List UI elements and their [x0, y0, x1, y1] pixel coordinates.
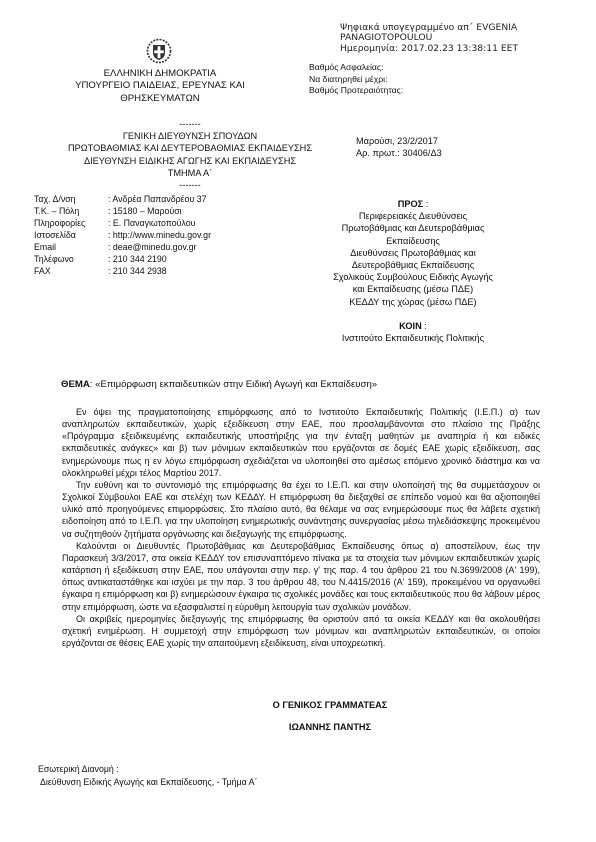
contact-value: : Ε. Παναγιωτοπούλου: [108, 217, 211, 229]
department-header: ------- ΓΕΝΙΚΗ ΔΙΕΥΘΥΝΣΗ ΣΠΟΥΔΩΝ ΠΡΩΤΟΒΑ…: [40, 118, 340, 191]
distribution-item: Διεύθυνση Ειδικής Αγωγής και Εκπαίδευσης…: [40, 776, 257, 789]
ministry-name-line2: ΘΡΗΣΚΕΥΜΑΤΩΝ: [60, 93, 260, 105]
contact-row: Τηλέφωνο: 210 344 2190: [34, 253, 211, 265]
place-date: Μαρούσι, 23/2/2017: [356, 135, 442, 147]
separator: -------: [40, 118, 340, 130]
greek-coat-of-arms-icon: [146, 38, 172, 64]
to-label: ΠΡΟΣ: [398, 199, 423, 209]
contact-row: Email: deae@minedu.gov.gr: [34, 241, 211, 253]
recipient-item: Περιφερειακές Διευθύνσεις: [293, 210, 533, 222]
recipient-item: Εκπαίδευσης: [293, 235, 533, 247]
internal-distribution: Εσωτερική Διανομή : Διεύθυνση Ειδικής Αγ…: [38, 763, 257, 789]
contact-label: Email: [34, 241, 108, 253]
contact-row: Πληροφορίες : Ε. Παναγιωτοπούλου: [34, 217, 211, 229]
cc-list: Ινστιτούτο Εκπαιδευτικής Πολιτικής: [293, 332, 533, 344]
priority-label: Βαθμός Προτεραιότητας:: [309, 85, 403, 97]
contact-value: : 15180 – Μαρούσι: [108, 205, 211, 217]
cc-colon: :: [422, 321, 427, 331]
body-paragraph: Οι ακριβείς ημερομηνίες διεξαγωγής της ε…: [62, 613, 540, 649]
contact-value[interactable]: : http://www.minedu.gov.gr: [108, 229, 211, 241]
ministry-header: ΕΛΛΗΝΙΚΗ ΔΗΜΟΚΡΑΤΙΑ ΥΠΟΥΡΓΕΙΟ ΠΑΙΔΕΙΑΣ, …: [60, 68, 260, 105]
recipient-item: ΚΕΔΔΥ της χώρας (μέσω ΠΔΕ): [293, 296, 533, 308]
directorate: ΔΙΕΥΘΥΝΣΗ ΕΙΔΙΚΗΣ ΑΓΩΓΗΣ ΚΑΙ ΕΚΠΑΙΔΕΥΣΗΣ: [40, 155, 340, 167]
date-protocol-block: Μαρούσι, 23/2/2017 Αρ. πρωτ.: 30406/Δ3: [356, 135, 442, 159]
ministry-name-line1: ΥΠΟΥΡΓΕΙΟ ΠΑΙΔΕΙΑΣ, ΕΡΕΥΝΑΣ ΚΑΙ: [60, 80, 260, 92]
contact-table: Ταχ. Δ/νση: Ανδρέα Παπανδρέου 37Τ.Κ. – Π…: [34, 193, 211, 277]
contact-label: Ιστοσελίδα: [34, 229, 108, 241]
general-directorate: ΓΕΝΙΚΗ ΔΙΕΥΘΥΝΣΗ ΣΠΟΥΔΩΝ: [40, 130, 340, 142]
contact-row: FAX: 210 344 2938: [34, 265, 211, 277]
contact-label: Πληροφορίες: [34, 217, 108, 229]
recipient-item: και Εκπαίδευσης (μέσω ΠΔΕ): [293, 283, 533, 295]
body-paragraph: Εν όψει της πραγματοποίησης επιμόρφωσης …: [62, 406, 540, 479]
contact-label: Ταχ. Δ/νση: [34, 193, 108, 205]
subject-line: ΘΕΜΑ: «Επιμόρφωση εκπαιδευτικών στην Ειδ…: [61, 379, 377, 390]
contact-value: : 210 344 2938: [108, 265, 211, 277]
classification-block: Βαθμός Ασφαλείας: Να διατηρηθεί μέχρι: Β…: [309, 62, 403, 97]
signature-block: Ο ΓΕΝΙΚΟΣ ΓΡΑΜΜΑΤΕΑΣ ΙΩΑΝΝΗΣ ΠΑΝΤΗΣ: [200, 700, 460, 732]
letter-body: Εν όψει της πραγματοποίησης επιμόρφωσης …: [62, 406, 540, 649]
subject-text: : «Επιμόρφωση εκπαιδευτικών στην Ειδική …: [90, 379, 377, 390]
to-colon: :: [423, 199, 428, 209]
protocol-number: Αρ. πρωτ.: 30406/Δ3: [356, 147, 442, 159]
signer-title: Ο ΓΕΝΙΚΟΣ ΓΡΑΜΜΑΤΕΑΣ: [200, 700, 460, 710]
recipient-item: Δευτεροβάθμιας Εκπαίδευσης: [293, 259, 533, 271]
security-level-label: Βαθμός Ασφαλείας:: [309, 62, 403, 74]
contact-row: Ταχ. Δ/νση: Ανδρέα Παπανδρέου 37: [34, 193, 211, 205]
country-name: ΕΛΛΗΝΙΚΗ ΔΗΜΟΚΡΑΤΙΑ: [60, 68, 260, 80]
body-paragraph: Καλούνται οι Διευθυντές Πρωτοβάθμιας και…: [62, 540, 540, 613]
department: ΤΜΗΜΑ Α΄: [40, 167, 340, 179]
contact-value: : 210 344 2190: [108, 253, 211, 265]
recipient-item: Διευθύνσεις Πρωτοβάθμιας και: [293, 247, 533, 259]
separator: -------: [40, 179, 340, 191]
contact-label: Τηλέφωνο: [34, 253, 108, 265]
signer-name: ΙΩΑΝΝΗΣ ΠΑΝΤΗΣ: [200, 722, 460, 732]
contact-label: Τ.Κ. – Πόλη: [34, 205, 108, 217]
body-paragraph: Την ευθύνη και το συντονισμό της επιμόρφ…: [62, 479, 540, 540]
recipient-item: Πρωτοβάθμιας και Δευτεροβάθμιας: [293, 222, 533, 234]
signature-date: Ημερομηνία: 2017.02.23 13:38:11 EET: [340, 44, 590, 54]
retain-until-label: Να διατηρηθεί μέχρι:: [309, 74, 403, 86]
distribution-label: Εσωτερική Διανομή :: [38, 763, 257, 776]
general-directorate-line2: ΠΡΩΤΟΒΑΘΜΙΑΣ ΚΑΙ ΔΕΥΤΕΡΟΒΑΘΜΙΑΣ ΕΚΠΑΙΔΕΥ…: [40, 142, 340, 154]
recipients-block: ΠΡΟΣ : Περιφερειακές ΔιευθύνσειςΠρωτοβάθ…: [293, 198, 533, 344]
contact-label: FAX: [34, 265, 108, 277]
recipient-item: Σχολικούς Συμβούλους Ειδικής Αγωγής: [293, 271, 533, 283]
contact-row: Ιστοσελίδα: http://www.minedu.gov.gr: [34, 229, 211, 241]
contact-row: Τ.Κ. – Πόλη: 15180 – Μαρούσι: [34, 205, 211, 217]
contact-value[interactable]: : deae@minedu.gov.gr: [108, 241, 211, 253]
to-list: Περιφερειακές ΔιευθύνσειςΠρωτοβάθμιας κα…: [293, 210, 533, 308]
contact-value: : Ανδρέα Παπανδρέου 37: [108, 193, 211, 205]
cc-item: Ινστιτούτο Εκπαιδευτικής Πολιτικής: [293, 332, 533, 344]
cc-label: ΚΟΙΝ: [399, 321, 422, 331]
subject-label: ΘΕΜΑ: [61, 379, 90, 390]
digital-signature-stamp: Ψηφιακά υπογεγραμμένο απ΄ EVGENIA PANAGI…: [340, 23, 590, 54]
